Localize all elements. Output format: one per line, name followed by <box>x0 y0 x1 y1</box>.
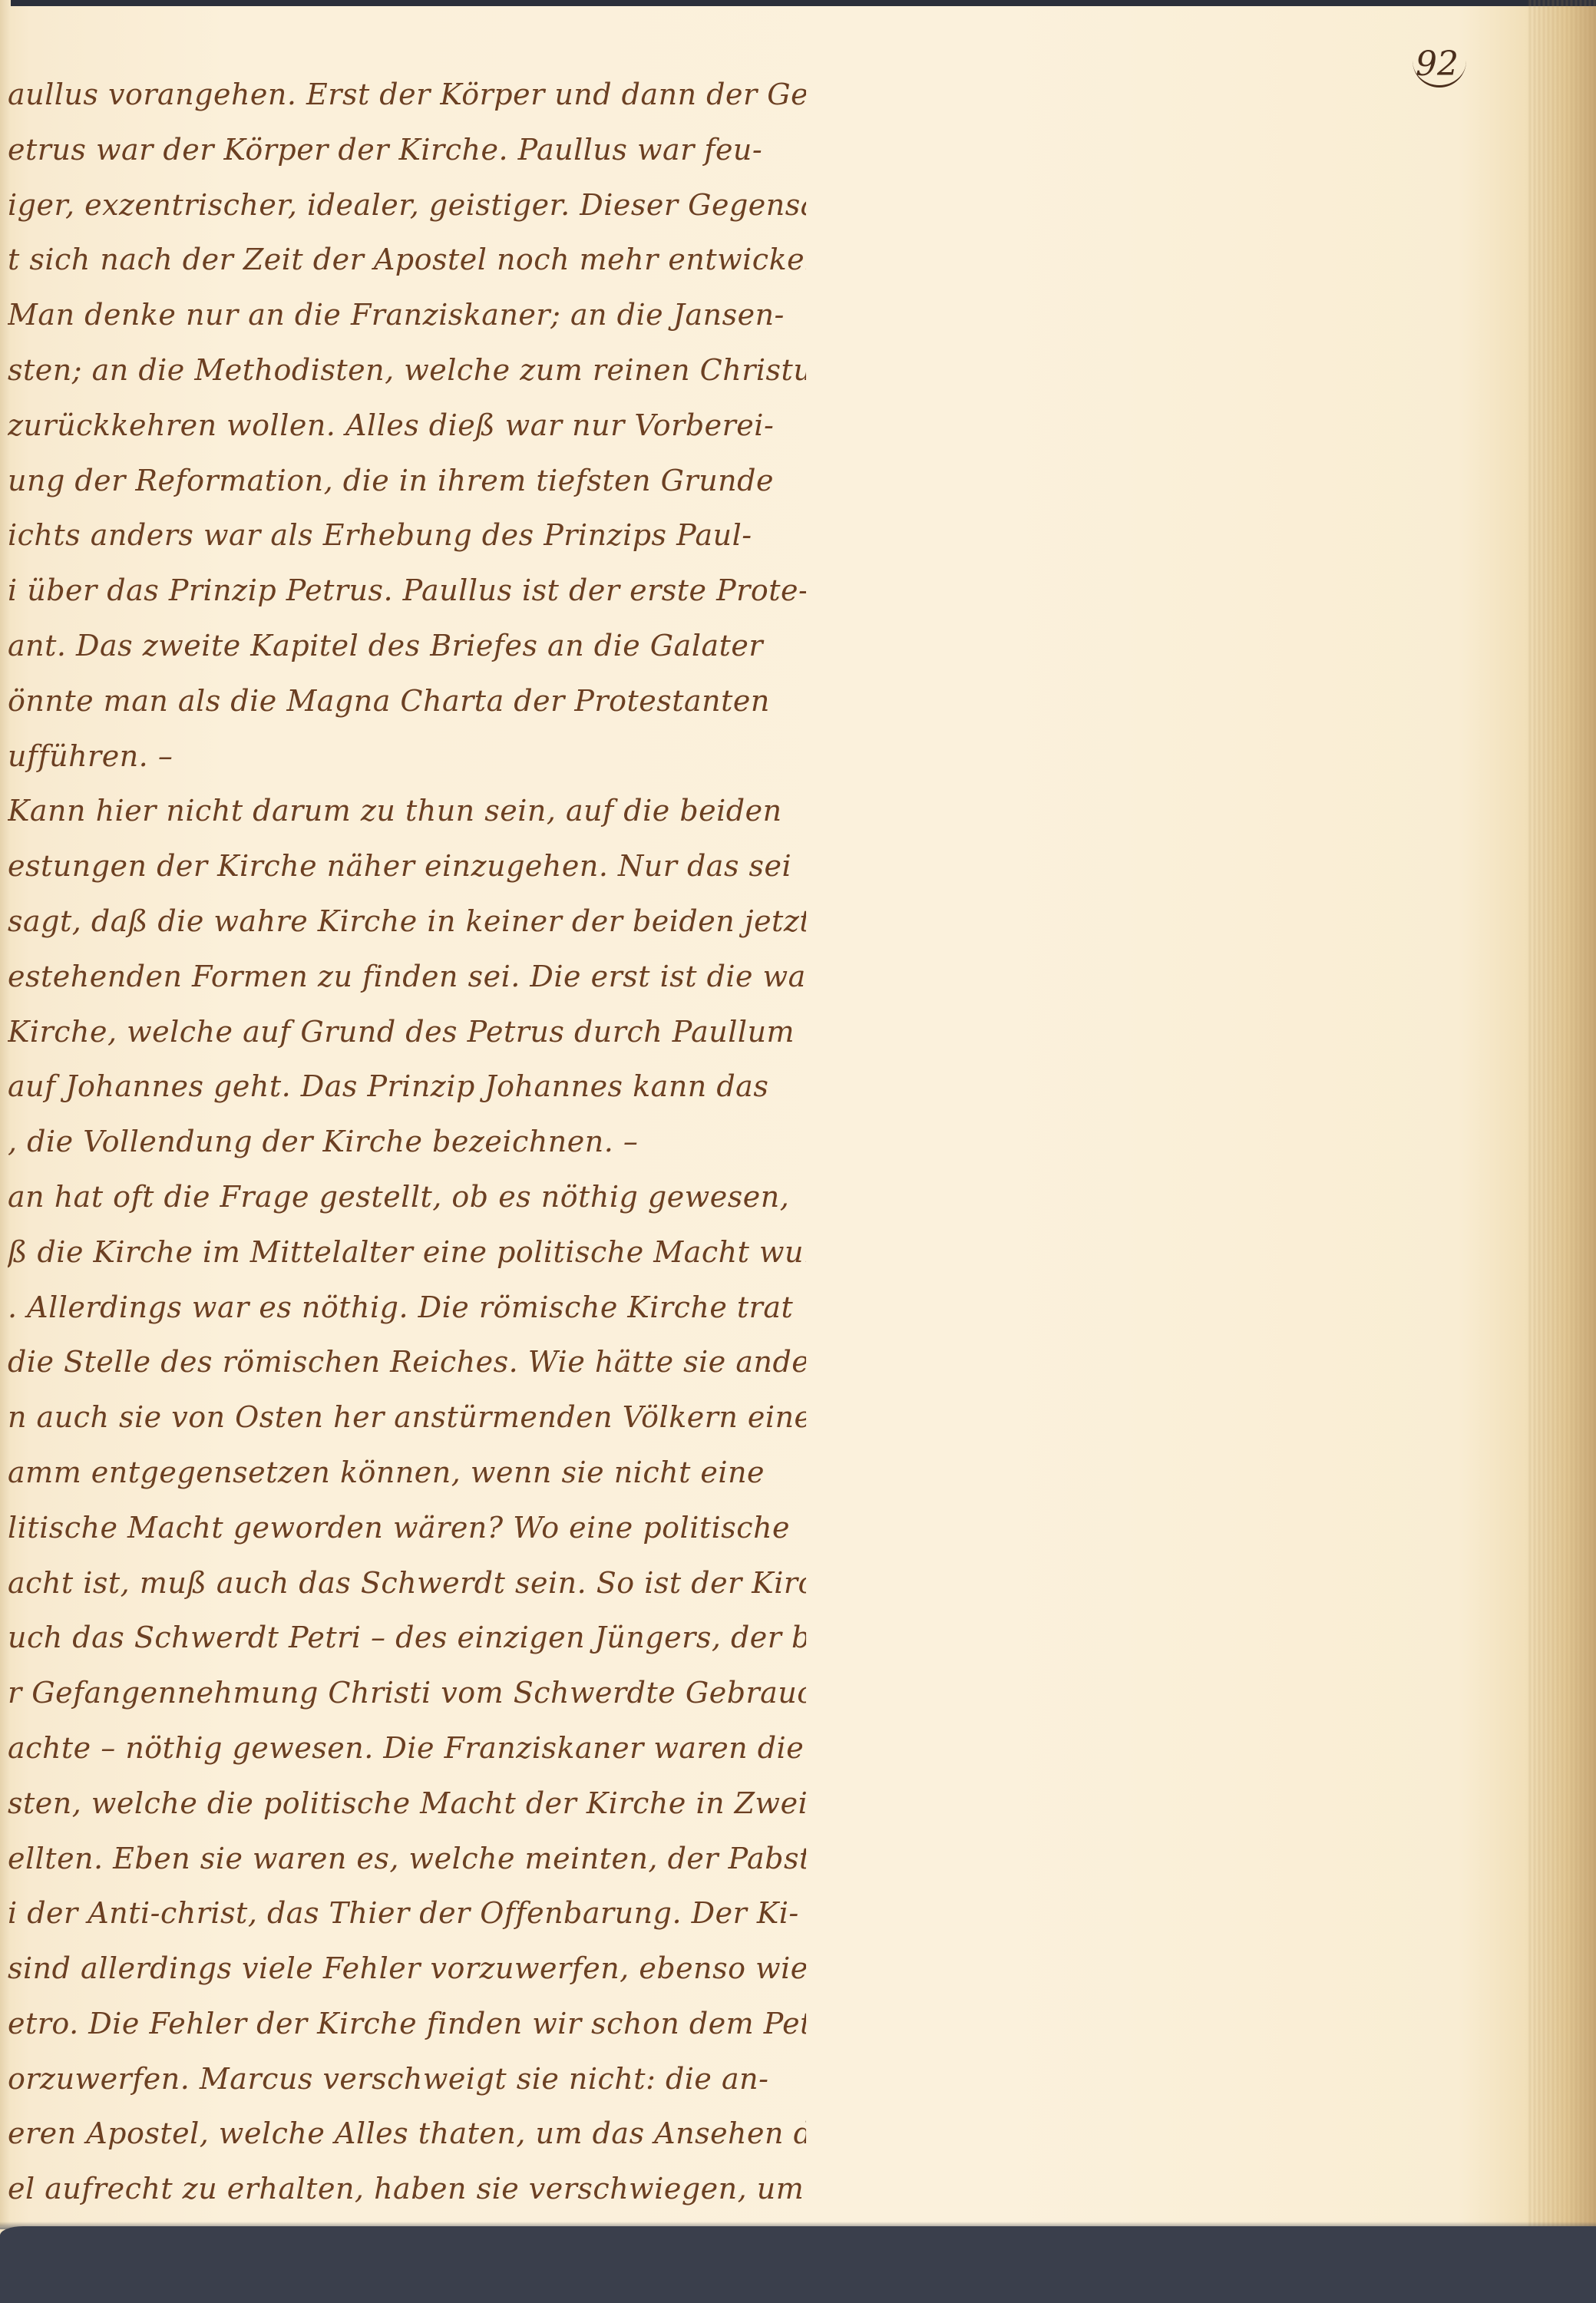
text-line: Kirche, welche auf Grund des Petrus durc… <box>8 1005 806 1060</box>
text-line: t sich nach der Zeit der Apostel noch me… <box>8 233 806 288</box>
text-line: ichts anders war als Erhebung des Prinzi… <box>8 508 806 563</box>
text-line: ung der Reformation, die in ihrem tiefst… <box>8 454 806 509</box>
scan-bottom-edge <box>0 2226 1596 2303</box>
text-line: Kann hier nicht darum zu thun sein, auf … <box>8 784 806 839</box>
text-line: achte – nöthig gewesen. Die Franziskaner… <box>8 1721 806 1776</box>
text-line: eren Apostel, welche Alles thaten, um da… <box>8 2106 806 2162</box>
text-line: sagt, daß die wahre Kirche in keiner der… <box>8 894 806 950</box>
text-line: ufführen. – <box>8 729 806 785</box>
text-line: acht ist, muß auch das Schwerdt sein. So… <box>8 1556 806 1611</box>
text-line: ant. Das zweite Kapitel des Briefes an d… <box>8 619 806 674</box>
text-line: el aufrecht zu erhalten, haben sie versc… <box>8 2162 806 2217</box>
text-line: uch das Schwerdt Petri – des einzigen Jü… <box>8 1611 806 1666</box>
text-line: aullus vorangehen. Erst der Körper und d… <box>8 68 806 123</box>
text-line: etrus war der Körper der Kirche. Paullus… <box>8 123 806 178</box>
text-line: ellten. Eben sie waren es, welche meinte… <box>8 1832 806 1887</box>
manuscript-page: 92 aullus vorangehen. Erst der Körper un… <box>0 0 1596 2303</box>
text-line: amm entgegensetzen können, wenn sie nich… <box>8 1446 806 1501</box>
text-line: Man denke nur an die Franziskaner; an di… <box>8 288 806 343</box>
handwritten-text-block: aullus vorangehen. Erst der Körper und d… <box>8 68 806 2217</box>
text-line: önnte man als die Magna Charta der Prote… <box>8 674 806 729</box>
text-line: estungen der Kirche näher einzugehen. Nu… <box>8 839 806 894</box>
text-line: n auch sie von Osten her anstürmenden Vö… <box>8 1390 806 1446</box>
text-line: i der Anti-christ, das Thier der Offenba… <box>8 1886 806 1941</box>
text-line: i über das Prinzip Petrus. Paullus ist d… <box>8 563 806 619</box>
text-line: litische Macht geworden wären? Wo eine p… <box>8 1501 806 1556</box>
text-line: estehenden Formen zu finden sei. Die ers… <box>8 950 806 1005</box>
text-line: . Allerdings war es nöthig. Die römische… <box>8 1280 806 1336</box>
page-fore-edge <box>1528 0 1596 2226</box>
text-line: auf Johannes geht. Das Prinzip Johannes … <box>8 1059 806 1115</box>
text-line: r Gefangennehmung Christi vom Schwerdte … <box>8 1666 806 1721</box>
text-line: sind allerdings viele Fehler vorzuwerfen… <box>8 1941 806 1997</box>
text-line: etro. Die Fehler der Kirche finden wir s… <box>8 1997 806 2052</box>
page-number: 92 <box>1413 45 1466 88</box>
scan-top-edge <box>0 0 1596 6</box>
text-line: sten; an die Methodisten, welche zum rei… <box>8 343 806 398</box>
text-line: sten, welche die politische Macht der Ki… <box>8 1776 806 1832</box>
text-line: ß die Kirche im Mittelalter eine politis… <box>8 1225 806 1280</box>
text-line: an hat oft die Frage gestellt, ob es nöt… <box>8 1170 806 1225</box>
text-line: orzuwerfen. Marcus verschweigt sie nicht… <box>8 2052 806 2107</box>
text-line: die Stelle des römischen Reiches. Wie hä… <box>8 1335 806 1390</box>
text-line: iger, exzentrischer, idealer, geistiger.… <box>8 178 806 233</box>
text-line: , die Vollendung der Kirche bezeichnen. … <box>8 1115 806 1170</box>
text-line: zurückkehren wollen. Alles dieß war nur … <box>8 398 806 454</box>
